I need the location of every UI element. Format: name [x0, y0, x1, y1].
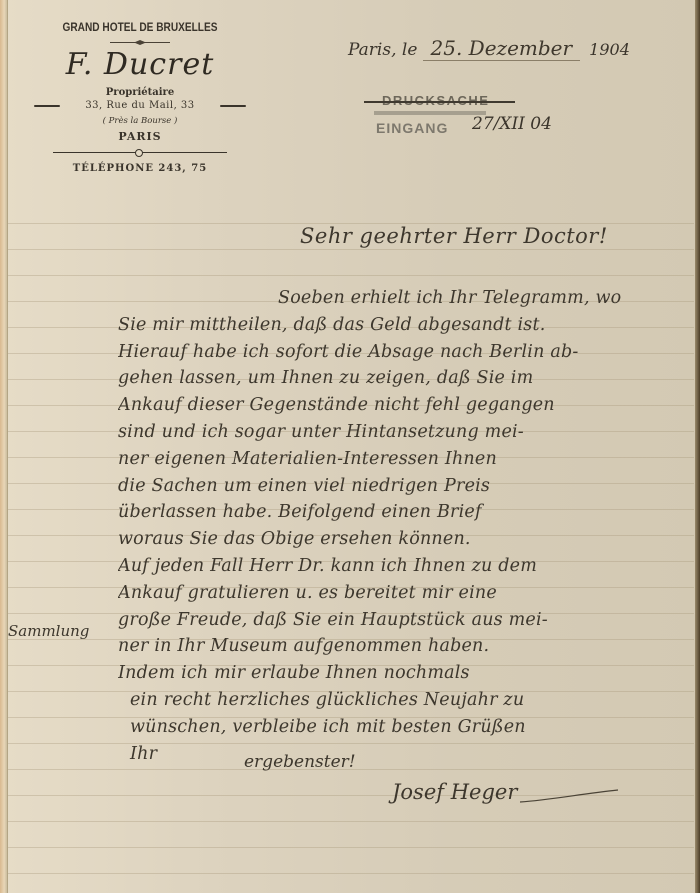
- letterhead: GRAND HOTEL DE BRUXELLES F. Ducret Propr…: [40, 22, 240, 174]
- hotel-name: GRAND HOTEL DE BRUXELLES: [52, 22, 228, 34]
- signature: Josef Heger: [392, 780, 517, 804]
- date-year: 1904: [589, 40, 630, 59]
- stamp-bar: [374, 111, 486, 115]
- date-line: Paris, le 25. Dezember 1904: [348, 36, 630, 60]
- body-line: ner in Ihr Museum aufgenommen haben.: [118, 633, 698, 660]
- body-line: Ankauf dieser Gegenstände nicht fehl geg…: [118, 392, 698, 419]
- body-line: ner eigenen Materialien-Interessen Ihnen: [118, 446, 698, 473]
- crossed-out-stamp-text: DRUCKSACHE: [372, 93, 489, 108]
- body-line: Ihr: [118, 741, 698, 768]
- letter-body: Soeben erhielt ich Ihr Telegramm, wo Sie…: [118, 285, 698, 767]
- body-line: Ankauf gratulieren u. es bereitet mir ei…: [118, 580, 698, 607]
- proprietor-title: Propriétaire: [40, 87, 240, 98]
- margin-note: Sammlung: [8, 622, 89, 640]
- body-line: Soeben erhielt ich Ihr Telegramm, wo: [118, 285, 698, 312]
- receipt-stamp: DRUCKSACHE EINGANG 27/XII 04: [372, 90, 489, 109]
- stamp-label: EINGANG: [376, 120, 448, 136]
- ornament-left-icon: [34, 104, 60, 108]
- page-left-edge: [0, 0, 7, 893]
- body-line: sind und ich sogar unter Hintansetzung m…: [118, 419, 698, 446]
- ornament-right-icon: [220, 104, 246, 108]
- address-note: ( Près la Bourse ): [40, 116, 240, 126]
- rosette-divider-icon: [53, 149, 227, 157]
- salutation: Sehr geehrter Herr Doctor!: [300, 224, 608, 248]
- body-line: Hierauf habe ich sofort die Absage nach …: [118, 339, 698, 366]
- signature-flourish-icon: [520, 788, 620, 808]
- body-line: überlassen habe. Beifolgend einen Brief: [118, 499, 698, 526]
- body-line: wünschen, verbleibe ich mit besten Grüße…: [118, 714, 698, 741]
- body-line: woraus Sie das Obige ersehen können.: [118, 526, 698, 553]
- closing: ergebenster!: [244, 752, 356, 772]
- ornament-divider-icon: [110, 40, 170, 46]
- body-line: Auf jeden Fall Herr Dr. kann ich Ihnen z…: [118, 553, 698, 580]
- telephone: TÉLÉPHONE 243, 75: [40, 163, 240, 174]
- address-row: 33, Rue du Mail, 33: [40, 100, 240, 111]
- margin-line: [7, 0, 8, 893]
- body-line: große Freude, daß Sie ein Hauptstück aus…: [118, 607, 698, 634]
- letter-page: GRAND HOTEL DE BRUXELLES F. Ducret Propr…: [0, 0, 700, 893]
- body-line: Sie mir mittheilen, daß das Geld abgesan…: [118, 312, 698, 339]
- date-prefix: Paris, le: [348, 40, 417, 60]
- body-line: gehen lassen, um Ihnen zu zeigen, daß Si…: [118, 365, 698, 392]
- body-line: ein recht herzliches glückliches Neujahr…: [118, 687, 698, 714]
- body-line: Indem ich mir erlaube Ihnen nochmals: [118, 660, 698, 687]
- handwritten-date: 25. Dezember: [423, 36, 581, 61]
- city: PARIS: [40, 130, 240, 143]
- address: 33, Rue du Mail, 33: [85, 100, 194, 111]
- proprietor-name: F. Ducret: [40, 48, 240, 82]
- body-line: die Sachen um einen viel niedrigen Preis: [118, 473, 698, 500]
- stamp-received-date: 27/XII 04: [472, 114, 552, 134]
